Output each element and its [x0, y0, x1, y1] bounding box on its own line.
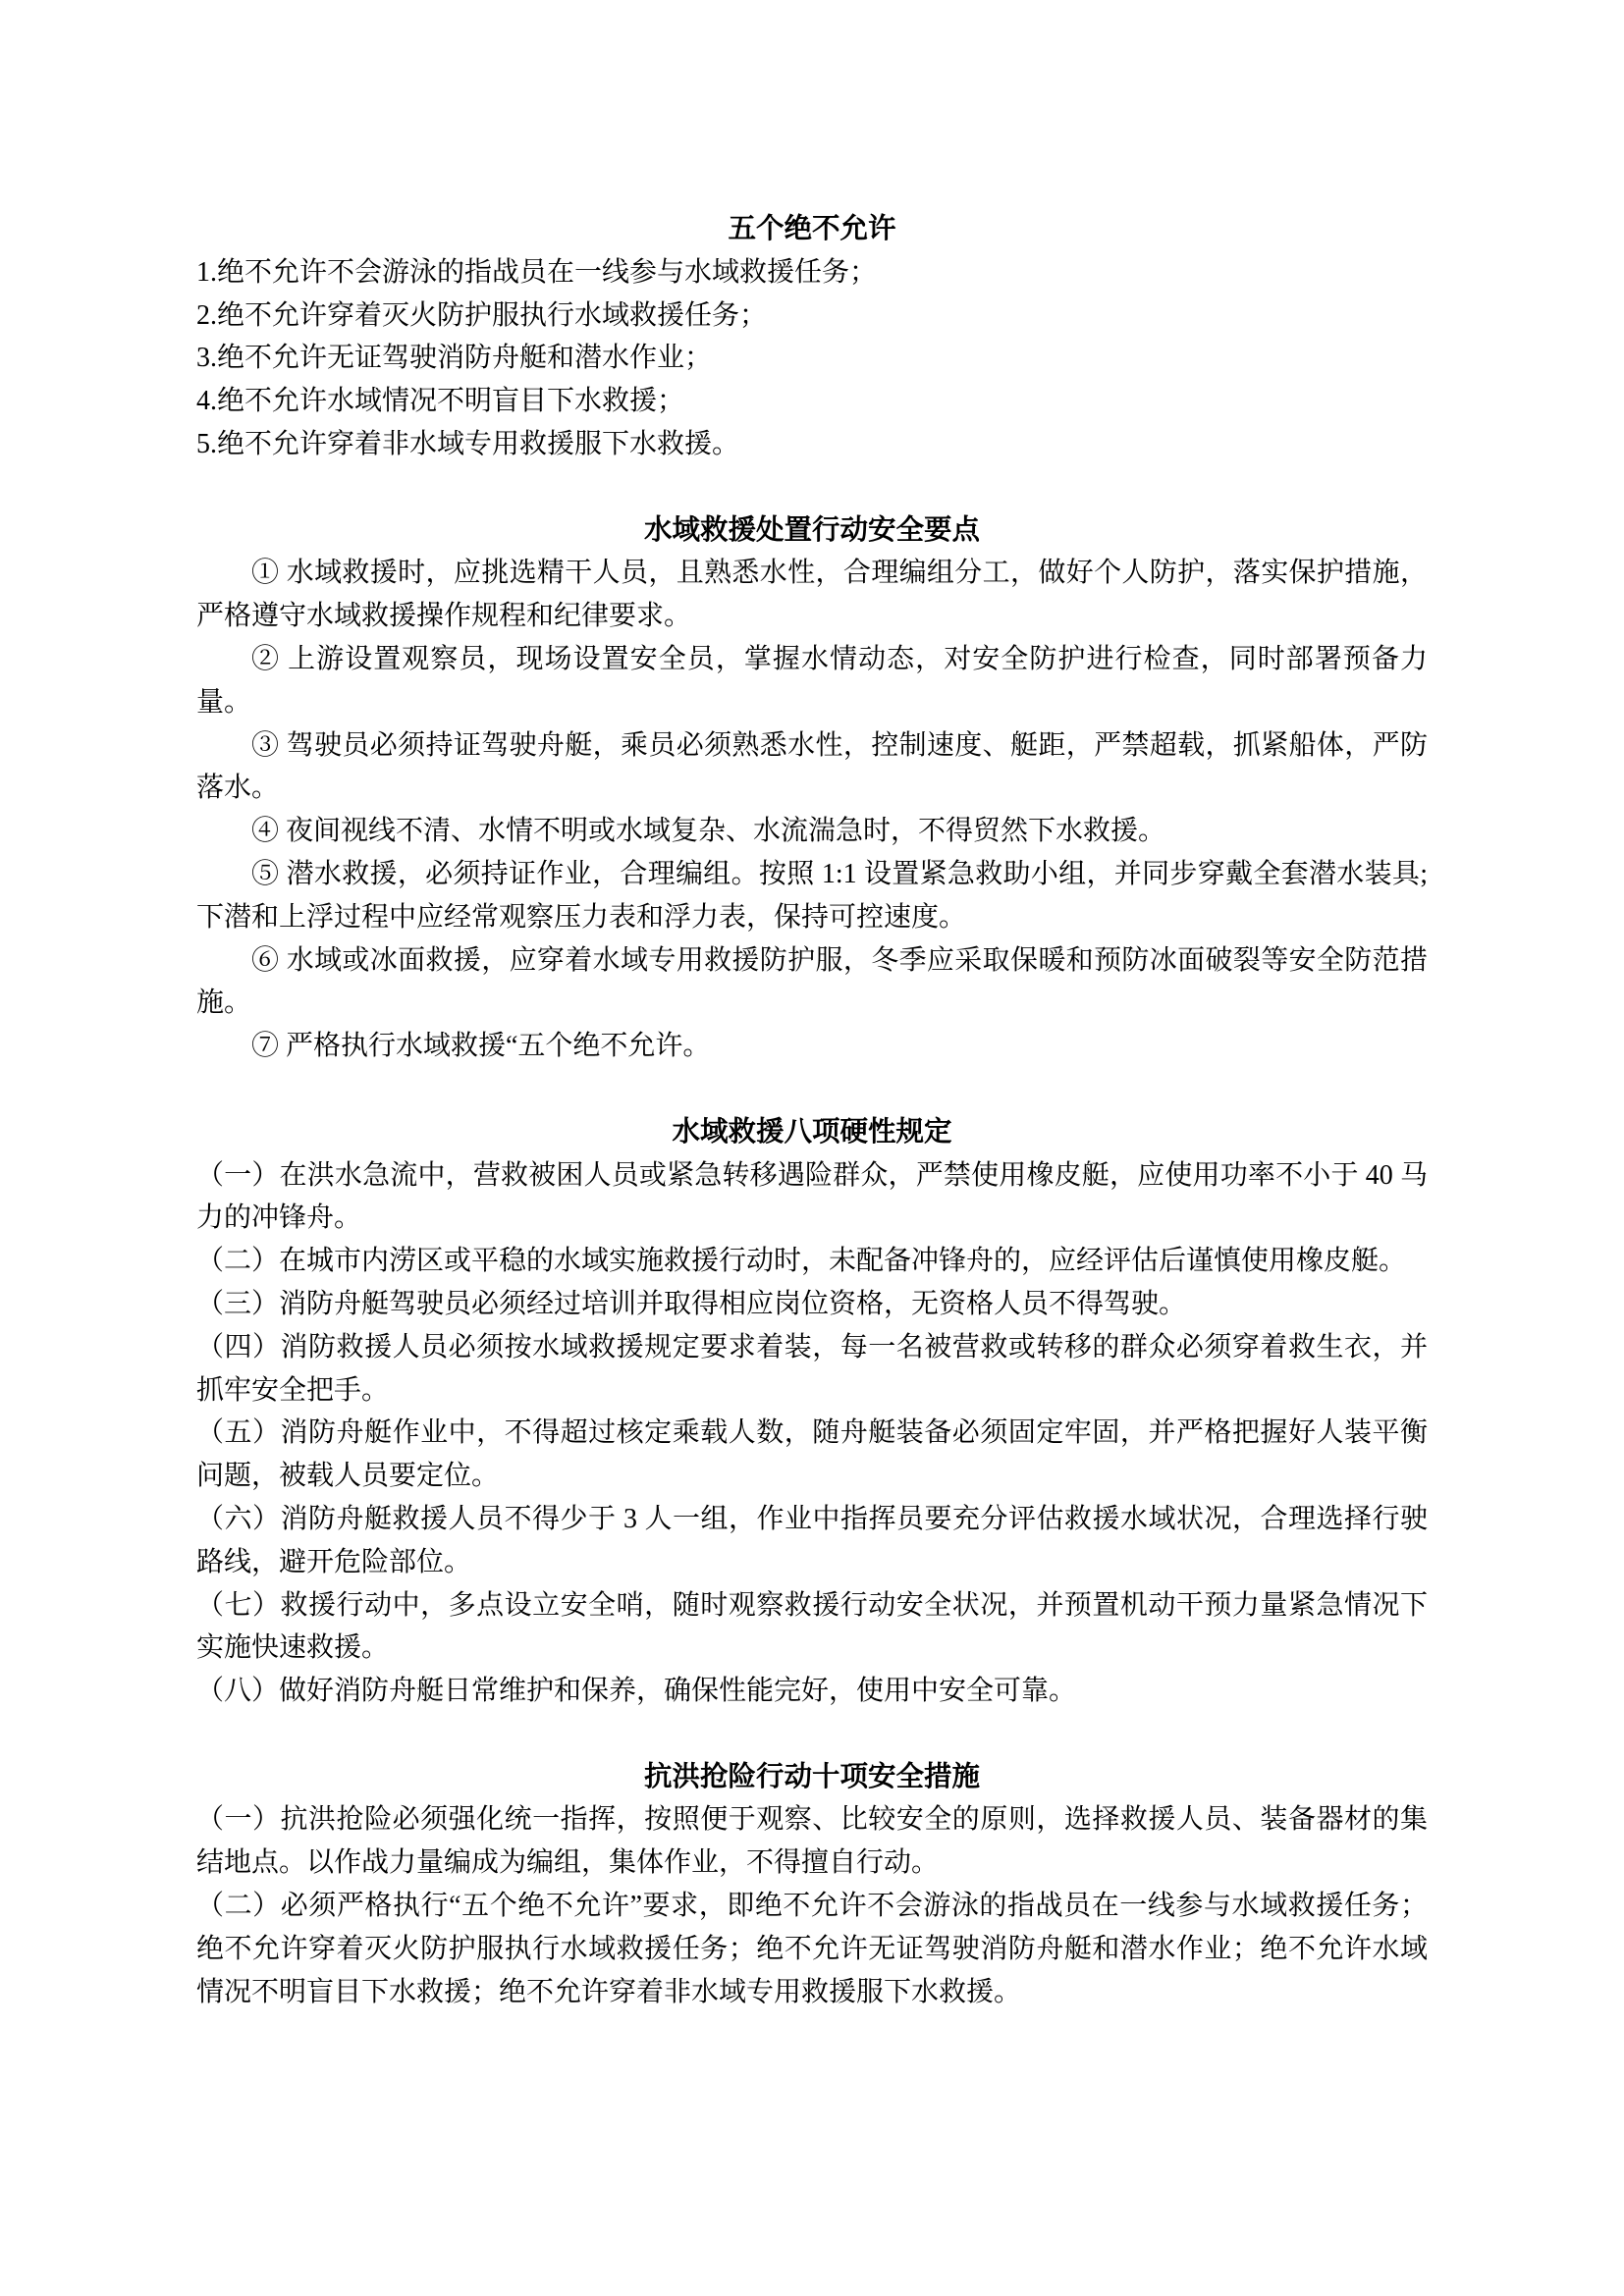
list-item: （五）消防舟艇作业中，不得超过核定乘载人数，随舟艇装备必须固定牢固，并严格把握好… — [196, 1412, 1428, 1498]
list-item: （二）在城市内涝区或平稳的水域实施救援行动时，未配备冲锋舟的，应经评估后谨慎使用… — [196, 1240, 1428, 1283]
document-page: 五个绝不允许 1.绝不允许不会游泳的指战员在一线参与水域救援任务； 2.绝不允许… — [0, 0, 1624, 2296]
list-item: （七）救援行动中，多点设立安全哨，随时观察救援行动安全状况，并预置机动干预力量紧… — [196, 1584, 1428, 1671]
section-five-prohibitions: 五个绝不允许 1.绝不允许不会游泳的指战员在一线参与水域救援任务； 2.绝不允许… — [196, 208, 1428, 466]
list-item: ⑥ 水域或冰面救援，应穿着水域专用救援防护服，冬季应采取保暖和预防冰面破裂等安全… — [196, 939, 1428, 1026]
list-item: 5.绝不允许穿着非水域专用救援服下水救援。 — [196, 423, 1428, 466]
list-item: （四）消防救援人员必须按水域救援规定要求着装，每一名被营救或转移的群众必须穿着救… — [196, 1326, 1428, 1413]
list-item: ① 水域救援时，应挑选精干人员，且熟悉水性，合理编组分工，做好个人防护，落实保护… — [196, 552, 1428, 638]
list-item: （一）在洪水急流中，营救被困人员或紧急转移遇险群众，严禁使用橡皮艇，应使用功率不… — [196, 1154, 1428, 1241]
list-item: ② 上游设置观察员，现场设置安全员，掌握水情动态，对安全防护进行检查，同时部署预… — [196, 638, 1428, 724]
section-water-rescue-safety-points: 水域救援处置行动安全要点 ① 水域救援时，应挑选精干人员，且熟悉水性，合理编组分… — [196, 509, 1428, 1068]
list-item: ④ 夜间视线不清、水情不明或水域复杂、水流湍急时，不得贸然下水救援。 — [196, 810, 1428, 853]
list-item: （二）必须严格执行“五个绝不允许”要求，即绝不允许不会游泳的指战员在一线参与水域… — [196, 1885, 1428, 2013]
section-title-eight-hard-rules: 水域救援八项硬性规定 — [196, 1111, 1428, 1154]
list-item: ③ 驾驶员必须持证驾驶舟艇，乘员必须熟悉水性，控制速度、艇距，严禁超载，抓紧船体… — [196, 724, 1428, 811]
section-flood-fighting-measures: 抗洪抢险行动十项安全措施 （一）抗洪抢险必须强化统一指挥，按照便于观察、比较安全… — [196, 1756, 1428, 2014]
list-item: （八）做好消防舟艇日常维护和保养，确保性能完好，使用中安全可靠。 — [196, 1670, 1428, 1713]
list-item: 1.绝不允许不会游泳的指战员在一线参与水域救援任务； — [196, 251, 1428, 294]
list-item: （三）消防舟艇驾驶员必须经过培训并取得相应岗位资格，无资格人员不得驾驶。 — [196, 1283, 1428, 1326]
list-item: （六）消防舟艇救援人员不得少于 3 人一组，作业中指挥员要充分评估救援水域状况，… — [196, 1498, 1428, 1584]
list-item: 2.绝不允许穿着灭火防护服执行水域救援任务； — [196, 294, 1428, 338]
list-item: 4.绝不允许水域情况不明盲目下水救援； — [196, 380, 1428, 423]
list-item: ⑦ 严格执行水域救援“五个绝不允许。 — [196, 1025, 1428, 1068]
section-title-five-prohibitions: 五个绝不允许 — [196, 208, 1428, 251]
section-eight-hard-rules: 水域救援八项硬性规定 （一）在洪水急流中，营救被困人员或紧急转移遇险群众，严禁使… — [196, 1111, 1428, 1713]
list-item: （一）抗洪抢险必须强化统一指挥，按照便于观察、比较安全的原则，选择救援人员、装备… — [196, 1798, 1428, 1885]
section-title-flood-fighting-measures: 抗洪抢险行动十项安全措施 — [196, 1756, 1428, 1799]
section-title-water-rescue-safety-points: 水域救援处置行动安全要点 — [196, 509, 1428, 553]
list-item: 3.绝不允许无证驾驶消防舟艇和潜水作业； — [196, 337, 1428, 380]
list-item: ⑤ 潜水救援，必须持证作业，合理编组。按照 1:1 设置紧急救助小组，并同步穿戴… — [196, 853, 1428, 939]
